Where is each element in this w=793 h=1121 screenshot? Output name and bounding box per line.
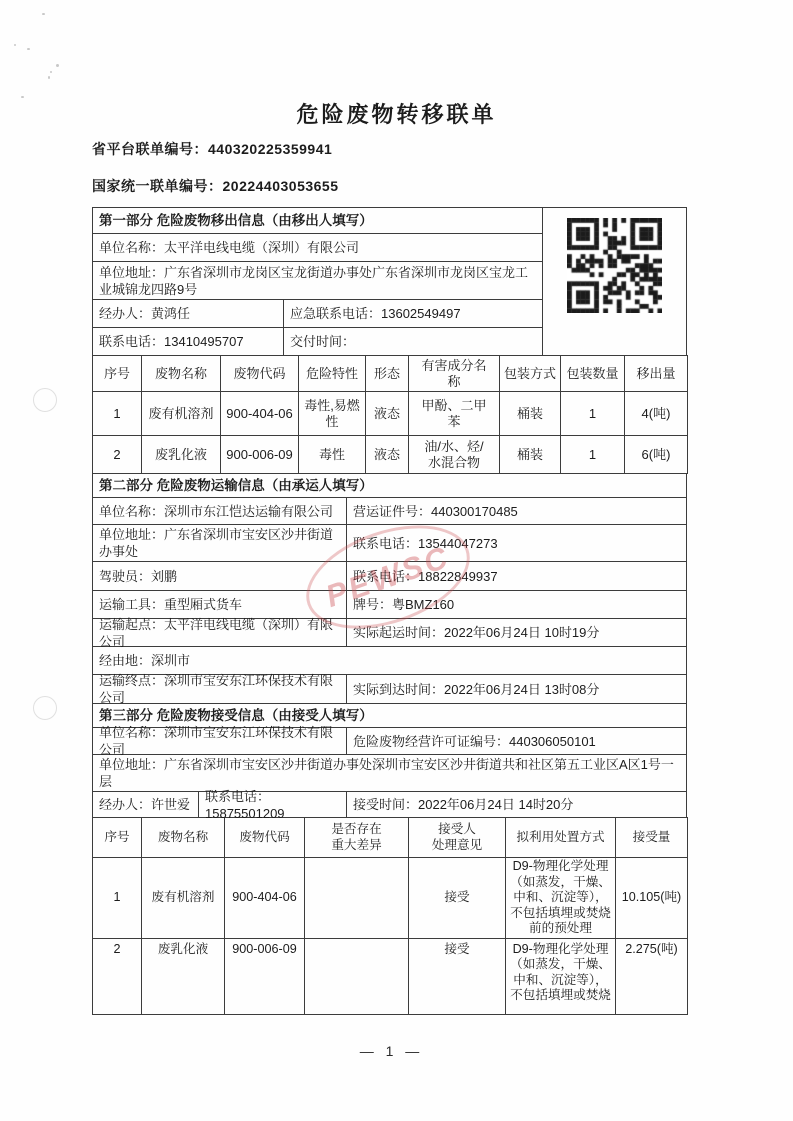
part2-via-row: 经由地：深圳市 bbox=[92, 646, 687, 675]
field-value: 440306050101 bbox=[509, 734, 596, 749]
table-cell: 液态 bbox=[366, 436, 409, 474]
section-title: 第二部分 危险废物运输信息（由承运人填写） bbox=[99, 478, 373, 493]
table-row: 2 废乳化液 900-006-09 接受 D9-物理化学处理（如蒸发，干燥、中和… bbox=[93, 938, 688, 1014]
field-carrier-address: 单位地址：广东省深圳市宝安区沙井街道办事处 bbox=[93, 525, 346, 561]
field-value: 许世爱 bbox=[151, 797, 190, 812]
part2-origin-row: 运输起点：太平洋电线电缆（深圳）有限公司 实际起运时间：2022年06月24日 … bbox=[92, 618, 687, 647]
field-receiver-agent: 经办人：许世爱 bbox=[93, 792, 198, 817]
field-value: 18822849937 bbox=[418, 569, 498, 584]
field-label: 交付时间： bbox=[290, 334, 355, 349]
part1-fields: 第一部分 危险废物移出信息（由移出人填写） 单位名称：太平洋电线电缆（深圳）有限… bbox=[93, 208, 543, 355]
field-label: 经办人： bbox=[99, 306, 151, 321]
table-row: 1 废有机溶剂 900-404-06 接受 D9-物理化学处理（如蒸发，干燥、中… bbox=[93, 858, 688, 939]
table-cell: 900-006-09 bbox=[221, 436, 299, 474]
qr-cell bbox=[543, 208, 686, 355]
field-receiver-address: 单位地址：广东省深圳市宝安区沙井街道办事处深圳市宝安区沙井街道共和社区第五工业区… bbox=[93, 755, 686, 791]
table-cell: 2.275(吨) bbox=[616, 938, 688, 1014]
field-value: 440320225359941 bbox=[208, 141, 332, 157]
field-value: 深圳市 bbox=[151, 653, 190, 668]
part1-info-block: 第一部分 危险废物移出信息（由移出人填写） 单位名称：太平洋电线电缆（深圳）有限… bbox=[92, 207, 687, 356]
field-label: 联系电话： bbox=[205, 789, 270, 804]
field-value: 13602549497 bbox=[381, 306, 461, 321]
field-value: 黄鸿任 bbox=[151, 306, 190, 321]
field-operation-license: 营运证件号：440300170485 bbox=[346, 498, 686, 524]
field-label: 单位地址： bbox=[99, 757, 164, 772]
table-cell bbox=[305, 938, 409, 1014]
field-value: 广东省深圳市宝安区沙井街道办事处深圳市宝安区沙井街道共和社区第五工业区A区1号一… bbox=[99, 757, 674, 789]
field-value: 深圳市东江恺达运输有限公司 bbox=[164, 504, 333, 519]
table-cell: 6(吨) bbox=[625, 436, 688, 474]
field-driver-phone: 联系电话：18822849937 bbox=[346, 562, 686, 590]
field-value: 13410495707 bbox=[164, 334, 244, 349]
section-title-cell: 第二部分 危险废物运输信息（由承运人填写） bbox=[93, 474, 686, 497]
table-cell: 接受 bbox=[409, 858, 506, 939]
field-label: 单位名称： bbox=[99, 725, 164, 740]
col-header: 包装方式 bbox=[500, 356, 561, 392]
field-emergency-phone: 应急联系电话：13602549497 bbox=[283, 300, 542, 327]
col-header: 包装数量 bbox=[561, 356, 625, 392]
punch-hole bbox=[33, 696, 57, 720]
col-header: 废物代码 bbox=[225, 818, 305, 858]
table-cell: 10.105(吨) bbox=[616, 858, 688, 939]
punch-hole bbox=[33, 388, 57, 412]
field-value: 2022年06月24日 14时20分 bbox=[418, 797, 573, 812]
field-label: 应急联系电话： bbox=[290, 306, 381, 321]
part1-agent-row: 经办人：黄鸿任 应急联系电话：13602549497 bbox=[93, 299, 542, 327]
table-cell: 液态 bbox=[366, 392, 409, 436]
table-cell: 1 bbox=[93, 392, 142, 436]
part2-address-row: 单位地址：广东省深圳市宝安区沙井街道办事处 联系电话：13544047273 bbox=[92, 524, 687, 562]
part1-address-row: 单位地址：广东省深圳市龙岗区宝龙街道办事处广东省深圳市龙岗区宝龙工业城锦龙四路9… bbox=[93, 261, 542, 299]
field-transport-vehicle: 运输工具：重型厢式货车 bbox=[93, 591, 346, 618]
table-cell: 2 bbox=[93, 436, 142, 474]
field-value: 刘鹏 bbox=[151, 569, 177, 584]
field-transport-destination: 运输终点：深圳市宝安东江环保技术有限公司 bbox=[93, 675, 346, 703]
col-header: 是否存在 重大差异 bbox=[305, 818, 409, 858]
page-number: — 1 — bbox=[92, 1043, 687, 1059]
scan-speck bbox=[48, 76, 50, 79]
col-header: 接受人 处理意见 bbox=[409, 818, 506, 858]
field-value: 2022年06月24日 10时19分 bbox=[444, 625, 599, 640]
field-label: 运输终点： bbox=[99, 673, 164, 688]
col-header: 危险特性 bbox=[299, 356, 366, 392]
field-label: 经办人： bbox=[99, 797, 151, 812]
scan-speck bbox=[56, 64, 59, 67]
part1-company-row: 单位名称：太平洋电线电缆（深圳）有限公司 bbox=[93, 233, 542, 261]
table-cell: 毒性 bbox=[299, 436, 366, 474]
table-cell: 1 bbox=[93, 858, 142, 939]
col-header: 序号 bbox=[93, 818, 142, 858]
field-arrival-time: 实际到达时间：2022年06月24日 13时08分 bbox=[346, 675, 686, 703]
field-value: 20224403053655 bbox=[223, 178, 339, 194]
waste-transfer-table: 序号 废物名称 废物代码 危险特性 形态 有害成分名 称 包装方式 包装数量 移… bbox=[92, 355, 688, 474]
part3-address-row: 单位地址：广东省深圳市宝安区沙井街道办事处深圳市宝安区沙井街道共和社区第五工业区… bbox=[92, 754, 687, 792]
field-value: 13544047273 bbox=[418, 536, 498, 551]
field-hazwaste-permit: 危险废物经营许可证编号：440306050101 bbox=[346, 728, 686, 754]
field-company-name: 单位名称：太平洋电线电缆（深圳）有限公司 bbox=[93, 234, 542, 261]
field-value: 2022年06月24日 13时08分 bbox=[444, 682, 599, 697]
scan-speck bbox=[14, 44, 16, 46]
field-label: 省平台联单编号： bbox=[92, 141, 208, 157]
table-cell: 废有机溶剂 bbox=[142, 392, 221, 436]
field-label: 运输起点： bbox=[99, 617, 164, 632]
part2-destination-row: 运输终点：深圳市宝安东江环保技术有限公司 实际到达时间：2022年06月24日 … bbox=[92, 674, 687, 704]
field-via-place: 经由地：深圳市 bbox=[93, 647, 686, 674]
field-label: 实际到达时间： bbox=[353, 682, 444, 697]
scanned-document-page: PEWSC 危险废物转移联单 省平台联单编号：440320225359941 国… bbox=[0, 0, 793, 1121]
field-label: 联系电话： bbox=[353, 536, 418, 551]
col-header: 拟利用处置方式 bbox=[506, 818, 616, 858]
field-label: 单位名称： bbox=[99, 504, 164, 519]
field-label: 营运证件号： bbox=[353, 504, 431, 519]
table-cell: 废乳化液 bbox=[142, 436, 221, 474]
table-cell: 900-006-09 bbox=[225, 938, 305, 1014]
scan-speck bbox=[42, 13, 45, 15]
field-label: 驾驶员： bbox=[99, 569, 151, 584]
field-carrier-name: 单位名称：深圳市东江恺达运输有限公司 bbox=[93, 498, 346, 524]
field-value: 15875501209 bbox=[205, 806, 285, 821]
manifest-body: 第一部分 危险废物移出信息（由移出人填写） 单位名称：太平洋电线电缆（深圳）有限… bbox=[92, 207, 687, 1015]
scan-speck bbox=[27, 48, 30, 50]
qr-code bbox=[567, 218, 662, 313]
col-header: 接受量 bbox=[616, 818, 688, 858]
field-driver: 驾驶员：刘鹏 bbox=[93, 562, 346, 590]
field-company-address: 单位地址：广东省深圳市龙岗区宝龙街道办事处广东省深圳市龙岗区宝龙工业城锦龙四路9… bbox=[93, 262, 542, 299]
table-cell: 2 bbox=[93, 938, 142, 1014]
section-title: 第一部分 危险废物移出信息（由移出人填写） bbox=[99, 213, 373, 228]
field-label: 联系电话： bbox=[99, 334, 164, 349]
field-label: 单位地址： bbox=[99, 265, 164, 280]
scan-speck bbox=[21, 96, 24, 98]
field-label: 运输工具： bbox=[99, 597, 164, 612]
part2-driver-row: 驾驶员：刘鹏 联系电话：18822849937 bbox=[92, 561, 687, 591]
col-header: 有害成分名 称 bbox=[409, 356, 500, 392]
table-cell: 甲酚、二甲 苯 bbox=[409, 392, 500, 436]
part1-section-header: 第一部分 危险废物移出信息（由移出人填写） bbox=[93, 208, 542, 233]
table-cell: 桶装 bbox=[500, 392, 561, 436]
table-header-row: 序号 废物名称 废物代码 危险特性 形态 有害成分名 称 包装方式 包装数量 移… bbox=[93, 356, 688, 392]
part1-phone-row: 联系电话：13410495707 交付时间： bbox=[93, 327, 542, 355]
col-header: 废物名称 bbox=[142, 818, 225, 858]
part2-company-row: 单位名称：深圳市东江恺达运输有限公司 营运证件号：440300170485 bbox=[92, 497, 687, 525]
field-value: 广东省深圳市龙岗区宝龙街道办事处广东省深圳市龙岗区宝龙工业城锦龙四路9号 bbox=[99, 265, 528, 297]
part2-section-header: 第二部分 危险废物运输信息（由承运人填写） bbox=[92, 473, 687, 498]
table-cell: D9-物理化学处理（如蒸发，干燥、中和、沉淀等），不包括填埋或焚烧前的预处理 bbox=[506, 858, 616, 939]
field-value: 太平洋电线电缆（深圳）有限公司 bbox=[164, 240, 359, 255]
table-cell: 900-404-06 bbox=[225, 858, 305, 939]
field-agent: 经办人：黄鸿任 bbox=[93, 300, 283, 327]
field-label: 经由地： bbox=[99, 653, 151, 668]
table-cell: D9-物理化学处理（如蒸发，干燥、中和、沉淀等），不包括填埋或焚烧 bbox=[506, 938, 616, 1014]
field-delivery-time: 交付时间： bbox=[283, 328, 542, 355]
field-accept-time: 接受时间：2022年06月24日 14时20分 bbox=[346, 792, 686, 817]
table-cell: 废乳化液 bbox=[142, 938, 225, 1014]
field-departure-time: 实际起运时间：2022年06月24日 10时19分 bbox=[346, 619, 686, 646]
col-header: 序号 bbox=[93, 356, 142, 392]
table-cell: 1 bbox=[561, 436, 625, 474]
table-cell: 900-404-06 bbox=[221, 392, 299, 436]
field-label: 实际起运时间： bbox=[353, 625, 444, 640]
field-label: 牌号： bbox=[353, 597, 392, 612]
table-header-row: 序号 废物名称 废物代码 是否存在 重大差异 接受人 处理意见 拟利用处置方式 … bbox=[93, 818, 688, 858]
field-label: 单位名称： bbox=[99, 240, 164, 255]
field-carrier-phone: 联系电话：13544047273 bbox=[346, 525, 686, 561]
scan-speck bbox=[50, 71, 52, 73]
field-transport-origin: 运输起点：太平洋电线电缆（深圳）有限公司 bbox=[93, 619, 346, 646]
table-cell: 1 bbox=[561, 392, 625, 436]
section-title-cell: 第一部分 危险废物移出信息（由移出人填写） bbox=[93, 208, 542, 233]
table-cell: 4(吨) bbox=[625, 392, 688, 436]
table-row: 1 废有机溶剂 900-404-06 毒性,易燃 性 液态 甲酚、二甲 苯 桶装… bbox=[93, 392, 688, 436]
section-title: 第三部分 危险废物接受信息（由接受人填写） bbox=[99, 708, 373, 723]
table-cell: 毒性,易燃 性 bbox=[299, 392, 366, 436]
field-plate-number: 牌号：粤BMZ160 bbox=[346, 591, 686, 618]
field-value: 粤BMZ160 bbox=[392, 597, 454, 612]
field-label: 单位地址： bbox=[99, 527, 164, 542]
col-header: 废物名称 bbox=[142, 356, 221, 392]
table-row: 2 废乳化液 900-006-09 毒性 液态 油/水、烃/ 水混合物 桶装 1… bbox=[93, 436, 688, 474]
field-label: 联系电话： bbox=[353, 569, 418, 584]
waste-acceptance-table: 序号 废物名称 废物代码 是否存在 重大差异 接受人 处理意见 拟利用处置方式 … bbox=[92, 817, 688, 1015]
field-contact-phone: 联系电话：13410495707 bbox=[93, 328, 283, 355]
table-cell: 接受 bbox=[409, 938, 506, 1014]
part3-company-row: 单位名称：深圳市宝安东江环保技术有限公司 危险废物经营许可证编号：4403060… bbox=[92, 727, 687, 755]
field-receiver-phone: 联系电话：15875501209 bbox=[198, 792, 346, 817]
document-title: 危险废物转移联单 bbox=[0, 98, 793, 129]
table-cell: 油/水、烃/ 水混合物 bbox=[409, 436, 500, 474]
province-manifest-number: 省平台联单编号：440320225359941 bbox=[92, 139, 793, 159]
col-header: 废物代码 bbox=[221, 356, 299, 392]
field-value: 重型厢式货车 bbox=[164, 597, 242, 612]
table-cell: 桶装 bbox=[500, 436, 561, 474]
col-header: 移出量 bbox=[625, 356, 688, 392]
table-cell bbox=[305, 858, 409, 939]
field-receiver-name: 单位名称：深圳市宝安东江环保技术有限公司 bbox=[93, 728, 346, 754]
field-label: 国家统一联单编号： bbox=[92, 178, 223, 194]
field-label: 接受时间： bbox=[353, 797, 418, 812]
field-label: 危险废物经营许可证编号： bbox=[353, 734, 509, 749]
part3-agent-row: 经办人：许世爱 联系电话：15875501209 接受时间：2022年06月24… bbox=[92, 791, 687, 818]
field-value: 440300170485 bbox=[431, 504, 518, 519]
col-header: 形态 bbox=[366, 356, 409, 392]
table-cell: 废有机溶剂 bbox=[142, 858, 225, 939]
national-manifest-number: 国家统一联单编号：20224403053655 bbox=[92, 176, 793, 196]
